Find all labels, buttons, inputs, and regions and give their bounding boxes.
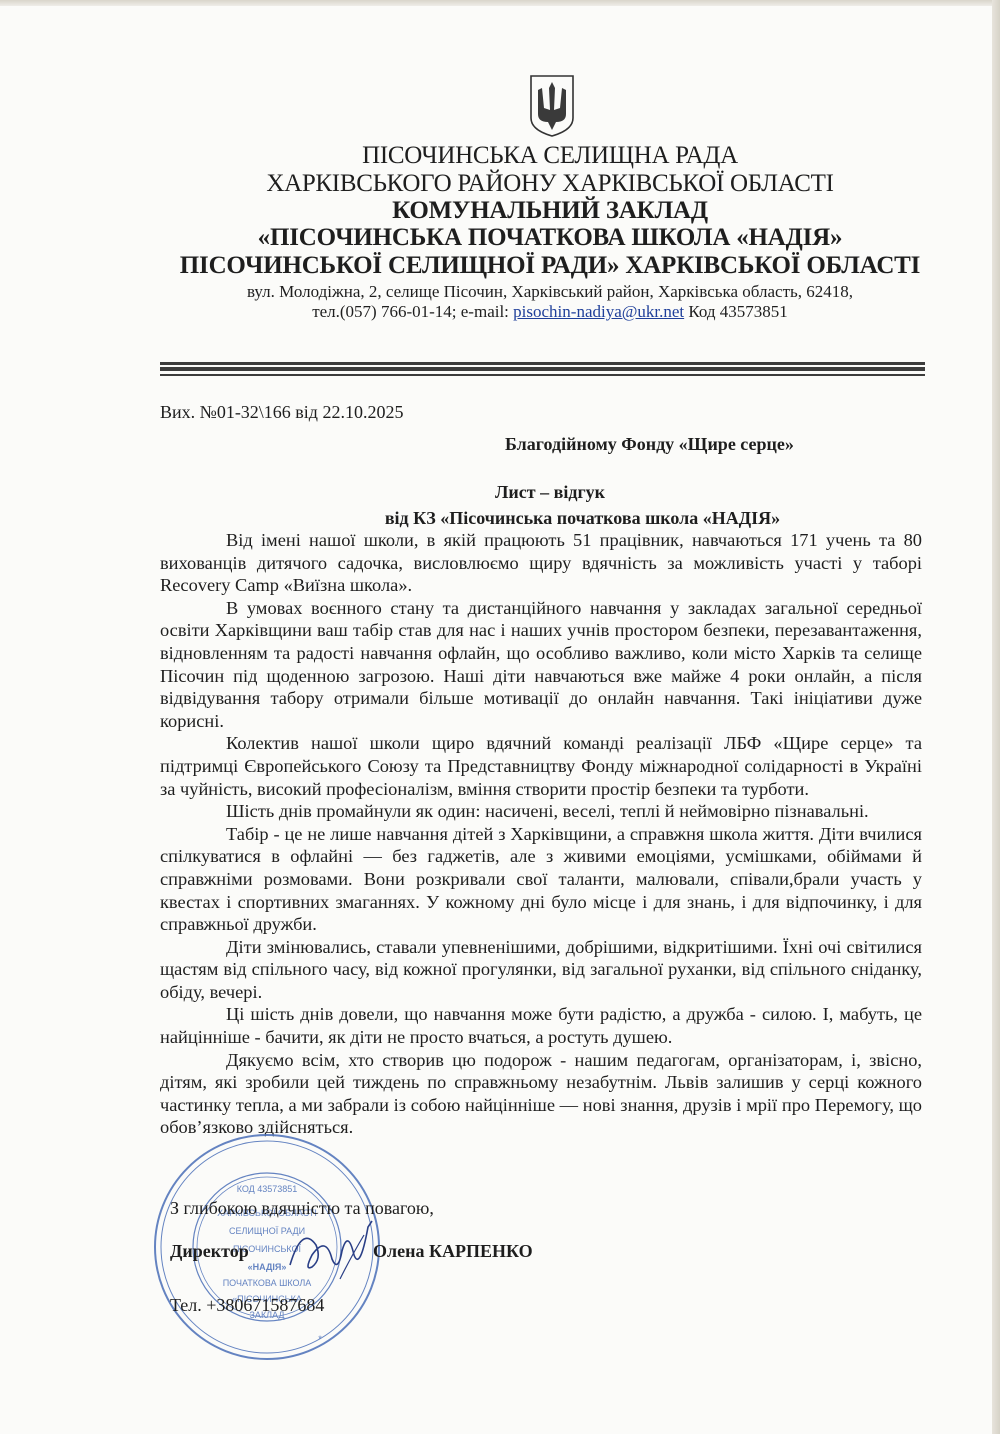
paragraph: Від імені нашої школи, в якій працюють 5… — [160, 529, 922, 597]
paragraph: Діти змінювались, ставали упевненішими, … — [160, 936, 922, 1004]
signatory-name: Олена КАРПЕНКО — [373, 1241, 533, 1262]
svg-text:*: * — [318, 1334, 322, 1344]
director-signature — [282, 1215, 382, 1285]
addressee: Благодійному Фонду «Щире серце» — [505, 434, 794, 455]
letterhead-address: вул. Молодіжна, 2, селище Пісочин, Харкі… — [0, 282, 1000, 302]
paragraph: Табір - це не лише навчання дітей з Харк… — [160, 823, 922, 936]
email-link[interactable]: pisochin-nadiya@ukr.net — [513, 302, 684, 321]
trident-coat-of-arms-icon — [528, 74, 576, 138]
institution-code: Код 43573851 — [684, 302, 788, 321]
signatory-position: Директор — [170, 1241, 249, 1262]
letter-body: Від імені нашої школи, в якій працюють 5… — [160, 529, 922, 1139]
contact-phone: тел.(057) 766-01-14; e-mail: — [312, 302, 513, 321]
paragraph: Шість днів промайнули як один: насичені,… — [160, 800, 922, 823]
letter-subtitle: від КЗ «Пісочинська початкова школа «НАД… — [0, 508, 1000, 529]
letterhead-institution-type: КОМУНАЛЬНИЙ ЗАКЛАД — [0, 197, 1000, 225]
outgoing-reference: Вих. №01-32\166 від 22.10.2025 — [160, 402, 403, 423]
letterhead-council: ПІСОЧИНСЬКА СЕЛИЩНА РАДА — [0, 142, 1000, 170]
letterhead-contacts: тел.(057) 766-01-14; e-mail: pisochin-na… — [0, 302, 1000, 322]
header-divider-middle — [160, 367, 925, 371]
header-divider-bottom — [160, 374, 925, 376]
svg-text:«НАДІЯ»: «НАДІЯ» — [248, 1262, 287, 1272]
svg-text:КОД 43573851: КОД 43573851 — [237, 1184, 298, 1194]
letterhead-school-name: «ПІСОЧИНСЬКА ПОЧАТКОВА ШКОЛА «НАДІЯ» — [0, 224, 1000, 252]
letterhead-district: ХАРКІВСЬКОГО РАЙОНУ ХАРКІВСЬКОЇ ОБЛАСТІ — [0, 170, 1000, 198]
paragraph: Дякуємо всім, хто створив цю подорож - н… — [160, 1049, 922, 1139]
paragraph: Ці шість днів довели, що навчання може б… — [160, 1003, 922, 1048]
closing-phrase: З глибокою вдячністю та повагою, — [170, 1198, 434, 1219]
letter-title: Лист – відгук — [0, 482, 1000, 503]
header-divider-top — [160, 362, 925, 365]
paragraph: В умовах воєнного стану та дистанційного… — [160, 597, 922, 733]
scan-edge-top — [0, 0, 1000, 6]
contact-phone-number: Тел. +380671587684 — [170, 1295, 324, 1316]
paragraph: Колектив нашої школи щиро вдячний команд… — [160, 732, 922, 800]
letterhead-school-council: ПІСОЧИНСЬКОЇ СЕЛИЩНОЇ РАДИ» ХАРКІВСЬКОЇ … — [0, 252, 1000, 280]
